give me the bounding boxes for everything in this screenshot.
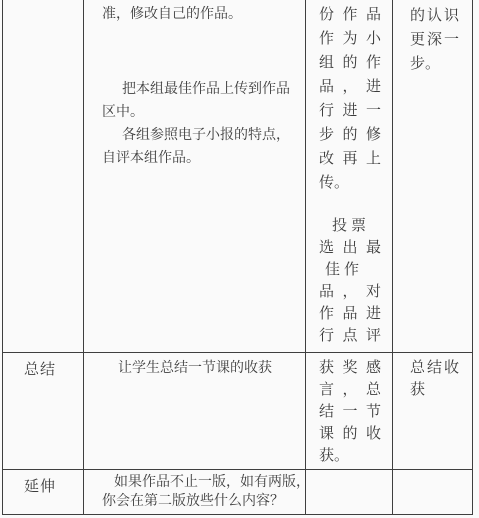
text-line: 作品进 (319, 303, 381, 325)
text-line: 品，对 (319, 281, 381, 303)
text-line: 把本组最佳作品上传到作品 (102, 78, 297, 101)
text-line: 你会在第二版放些什么内容？ (102, 492, 297, 511)
design-intent-cell-row1: 的认识 更深一 步。 (393, 0, 472, 353)
text-line: 的认识 (410, 4, 459, 28)
text-line: 自评本组作品。 (102, 147, 297, 170)
text-line: 步的修 (319, 123, 381, 147)
lesson-plan-table: 准，修改自己的作品。 把本组最佳作品上传到作品 区中。 各组参照电子小报的特点，… (2, 0, 473, 515)
stage-label-cell-row1 (3, 0, 84, 353)
student-activity-paragraph-1: 份作品 作为小 组的作 品，进 行进一 步的修 改再上 传。 (319, 3, 381, 195)
design-intent-cell-extension (393, 470, 472, 514)
text-line: 作为小 (319, 27, 381, 51)
student-activity-cell-extension (306, 470, 393, 514)
design-intent-cell-summary: 总结收 获 (393, 353, 472, 470)
stage-label: 总结 (24, 362, 56, 378)
text-line: 获奖感 (319, 357, 381, 379)
teacher-activity-cell-row1: 准，修改自己的作品。 把本组最佳作品上传到作品 区中。 各组参照电子小报的特点，… (84, 0, 306, 353)
document-page: 准，修改自己的作品。 把本组最佳作品上传到作品 区中。 各组参照电子小报的特点，… (0, 0, 479, 518)
text-line: 份作品 (319, 3, 381, 27)
text-line: 获 (410, 379, 459, 401)
teacher-activity-cell-extension: 如果作品不止一版，如有两版， 你会在第二版放些什么内容？ (84, 470, 306, 514)
text-line: 步。 (410, 52, 459, 76)
text-line: 改再上 (319, 147, 381, 171)
text-line: 行进一 (319, 99, 381, 123)
text-line: 言，总 (319, 379, 381, 401)
text-line: 区中。 (102, 101, 297, 124)
text-line: 佳作 (319, 259, 381, 281)
stage-label-cell-summary: 总结 (3, 353, 84, 470)
text-line: 更深一 (410, 28, 459, 52)
text-line: 总结收 (410, 357, 459, 379)
stage-label: 延伸 (24, 479, 56, 495)
text-line: 准，修改自己的作品。 (102, 3, 297, 26)
text-line: 组的作 (319, 51, 381, 75)
text-line: 获。 (319, 445, 381, 467)
text-line: 课的收 (319, 423, 381, 445)
student-activity-cell-row1: 份作品 作为小 组的作 品，进 行进一 步的修 改再上 传。 投票 选出最 佳作… (306, 0, 393, 353)
stage-label-cell-extension: 延伸 (3, 470, 84, 514)
text-line: 行点评 (319, 325, 381, 347)
text-line: 各组参照电子小报的特点， (102, 124, 297, 147)
text-line: 品，进 (319, 75, 381, 99)
text-line: 如果作品不止一版，如有两版， (102, 473, 297, 492)
teacher-activity-cell-summary: 让学生总结一节课的收获 (84, 353, 306, 470)
student-activity-paragraph-2: 投票 选出最 佳作 品，对 作品进 行点评 (319, 215, 381, 347)
text-line: 选出最 (319, 237, 381, 259)
student-activity-cell-summary: 获奖感 言，总 结一节 课的收 获。 (306, 353, 393, 470)
text-line: 结一节 (319, 401, 381, 423)
text-line: 传。 (319, 171, 381, 195)
text-line: 让学生总结一节课的收获 (102, 357, 297, 380)
text-line: 投票 (319, 215, 381, 237)
